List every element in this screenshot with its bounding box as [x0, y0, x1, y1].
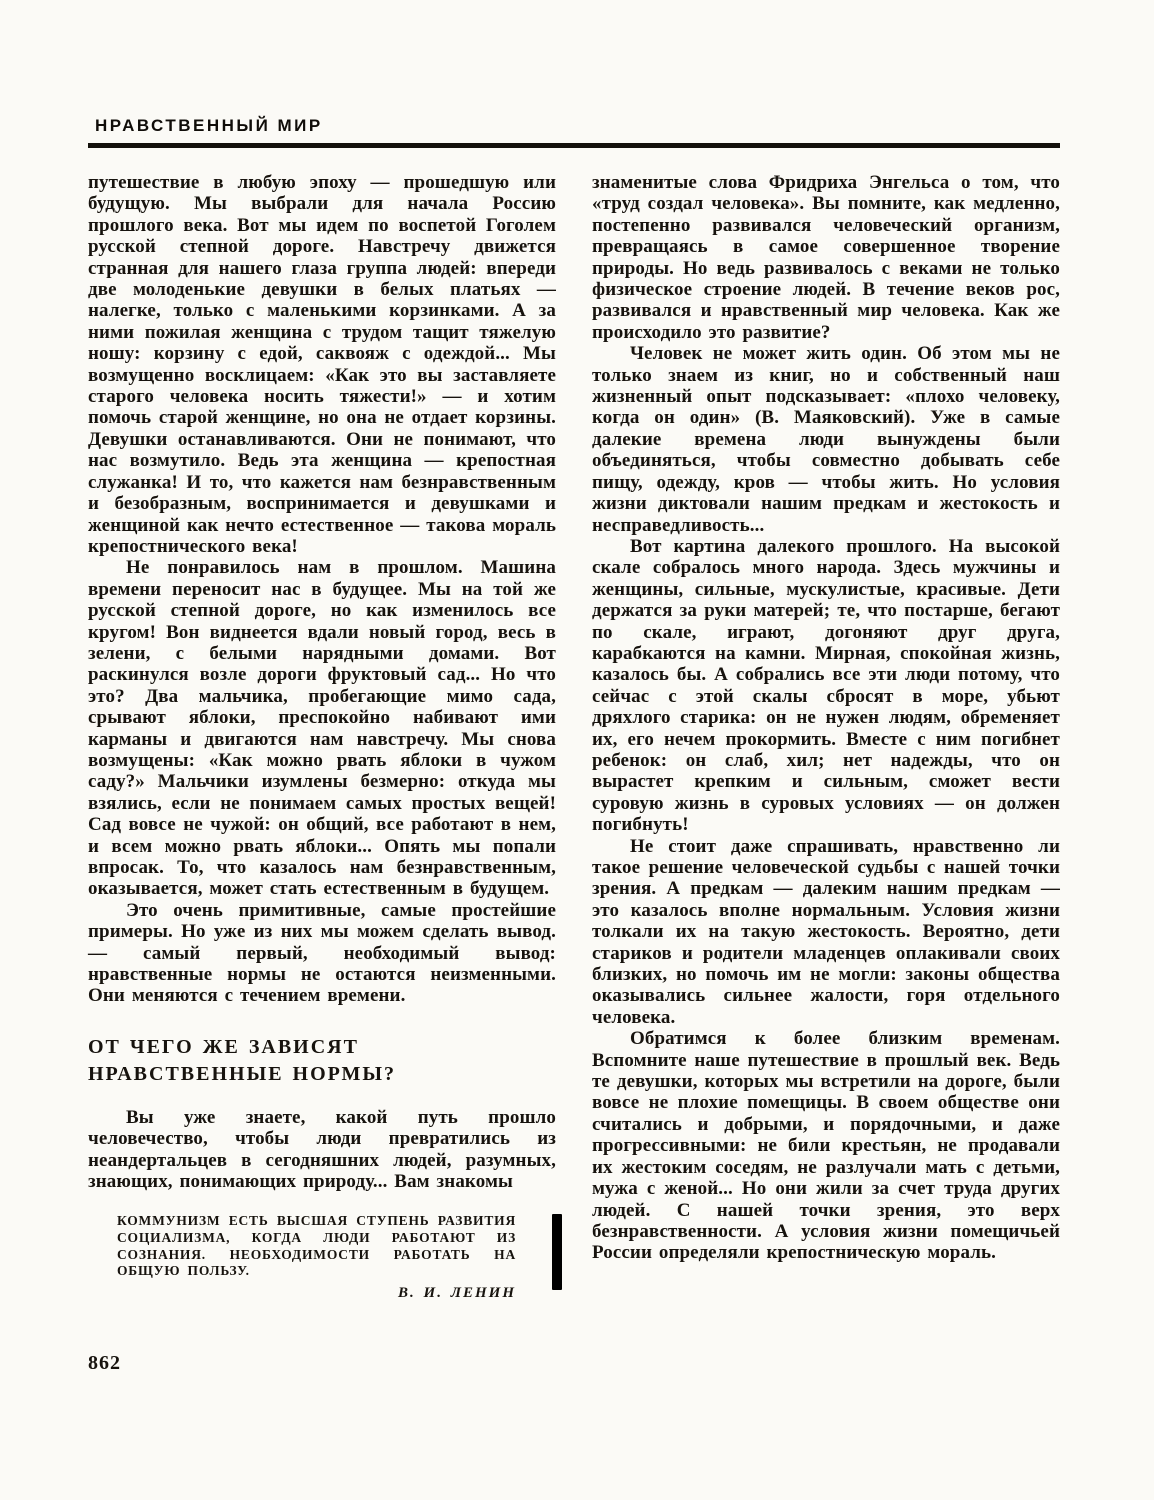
header-rule — [88, 143, 1060, 148]
quote-text: КОММУНИЗМ ЕСТЬ ВЫСШАЯ СТУПЕНЬ РАЗВИТИЯ С… — [117, 1213, 516, 1279]
body-paragraph: путешествие в любую эпоху — прошедшую ил… — [88, 172, 556, 557]
page-number: 862 — [88, 1352, 121, 1375]
body-paragraph: Обратимся к более близким временам. Вспо… — [592, 1028, 1060, 1263]
left-column: путешествие в любую эпоху — прошедшую ил… — [88, 172, 556, 1304]
body-paragraph: Вот картина далекого прошлого. На высоко… — [592, 536, 1060, 836]
book-page: НРАВСТВЕННЫЙ МИР путешествие в любую эпо… — [0, 0, 1154, 1500]
body-paragraph: Человек не может жить один. Об этом мы н… — [592, 343, 1060, 536]
page-content: НРАВСТВЕННЫЙ МИР путешествие в любую эпо… — [88, 116, 1060, 1304]
body-paragraph: Вы уже знаете, какой путь прошло человеч… — [88, 1107, 556, 1193]
body-paragraph: Не стоит даже спрашивать, нравственно ли… — [592, 836, 1060, 1029]
quote-vertical-bar — [552, 1214, 562, 1290]
right-column: знаменитые слова Фридриха Энгельса о том… — [592, 172, 1060, 1304]
body-paragraph: Это очень примитивные, самые простейшие … — [88, 900, 556, 1007]
body-paragraph: Не понравилось нам в прошлом. Машина вре… — [88, 557, 556, 900]
text-columns: путешествие в любую эпоху — прошедшую ил… — [88, 172, 1060, 1304]
running-head: НРАВСТВЕННЫЙ МИР — [95, 116, 1060, 136]
quote-attribution: В. И. ЛЕНИН — [117, 1283, 516, 1304]
section-heading: ОТ ЧЕГО ЖЕ ЗАВИСЯТ НРАВСТВЕННЫЕ НОРМЫ? — [88, 1034, 556, 1088]
body-paragraph: знаменитые слова Фридриха Энгельса о том… — [592, 172, 1060, 343]
lenin-quote-block: КОММУНИЗМ ЕСТЬ ВЫСШАЯ СТУПЕНЬ РАЗВИТИЯ С… — [88, 1213, 556, 1304]
